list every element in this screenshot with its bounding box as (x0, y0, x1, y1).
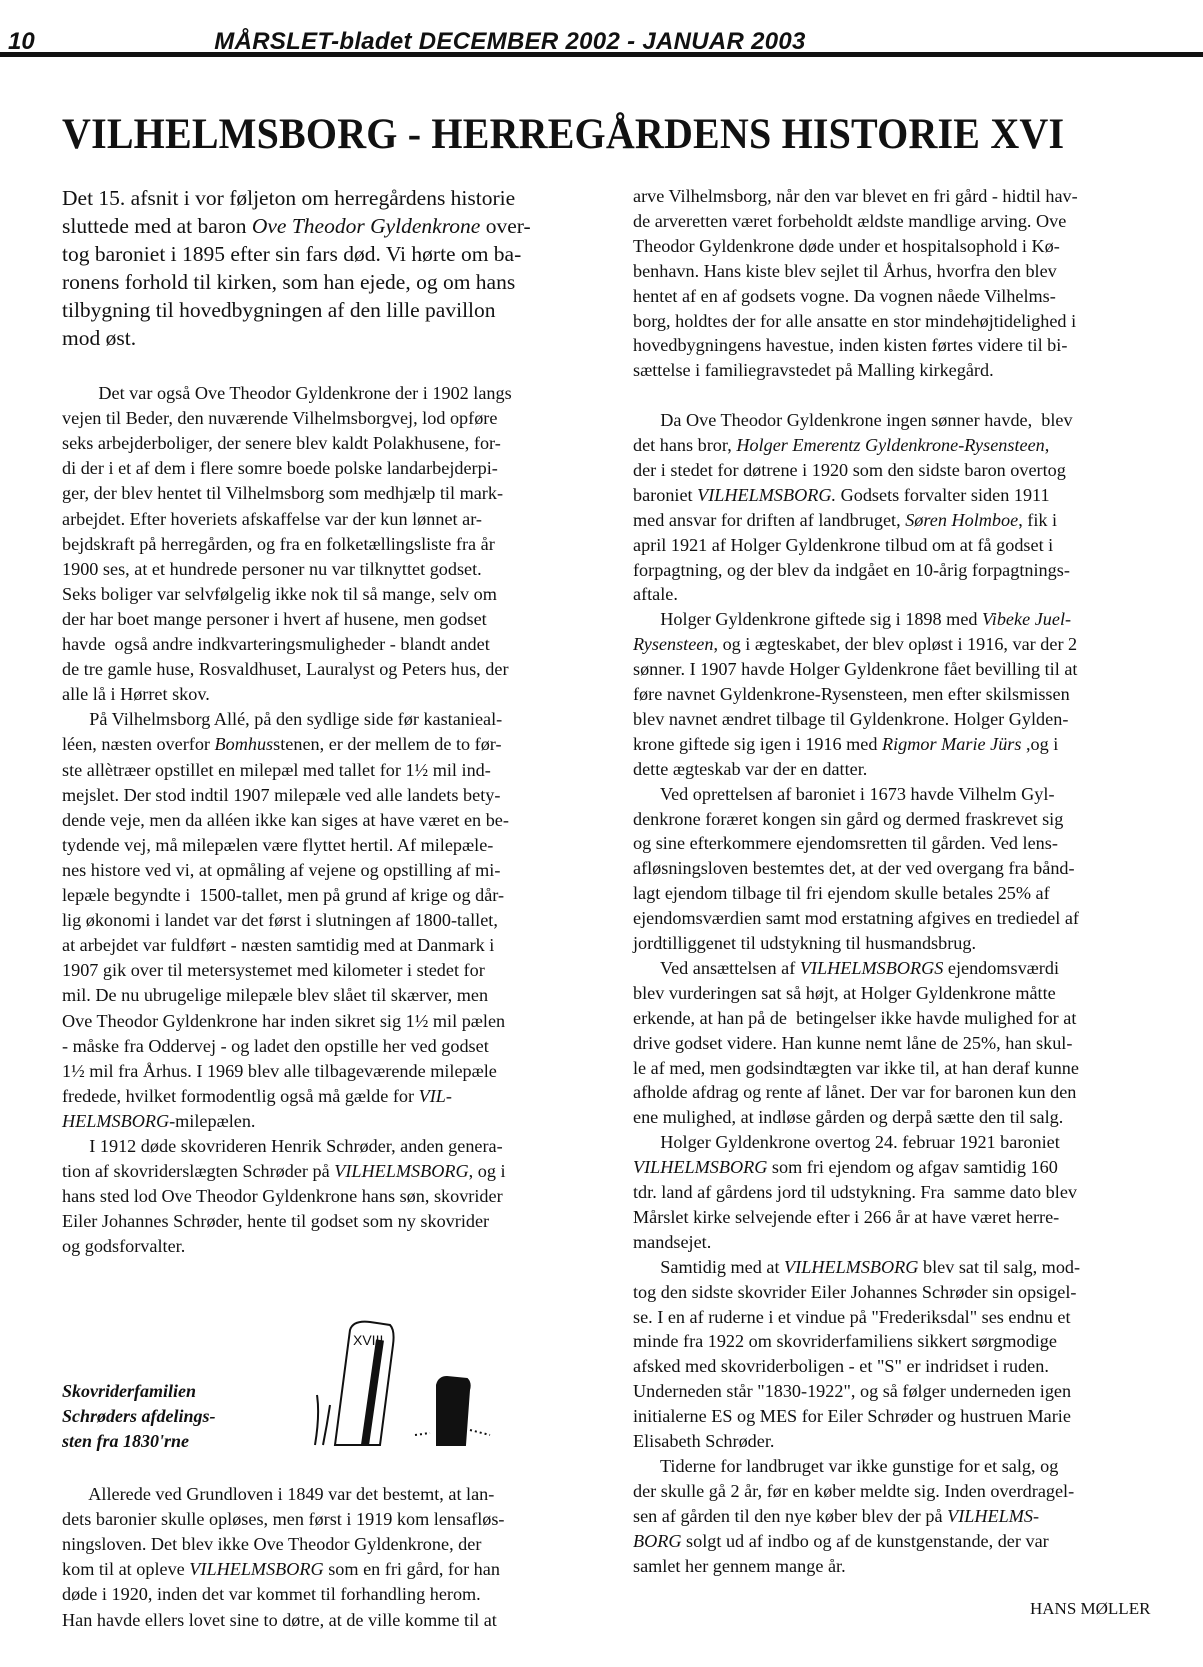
text-line: sønner. I 1907 havde Holger Gyldenkrone … (633, 659, 1077, 680)
text-line: Det var også Ove Theodor Gyldenkrone der… (62, 383, 512, 404)
text-line: arbejdet. Efter hoveriets afskaffelse va… (62, 509, 482, 530)
text-line: 1½ mil fra Århus. I 1969 blev alle tilba… (62, 1061, 497, 1082)
text-line: og godsforvalter. (62, 1236, 185, 1257)
text-line: lig økonomi i landet var det først i slu… (62, 910, 498, 931)
text-line: tion af skovriderslægten Schrøder på VIL… (62, 1161, 506, 1182)
text-line: ste allètræer opstillet en milepæl med t… (62, 760, 491, 781)
text-line: Underneden står "1830-1922", og så følge… (633, 1381, 1071, 1402)
text-line: ningsloven. Det blev ikke Ove Theodor Gy… (62, 1534, 481, 1555)
text-line: Holger Gyldenkrone giftede sig i 1898 me… (633, 609, 1071, 630)
text-line: På Vilhelmsborg Allé, på den sydlige sid… (62, 709, 502, 730)
text-line: le af med, men godsindtægten var ikke ti… (633, 1058, 1079, 1079)
text-line: dende veje, men da alléen ikke kan siges… (62, 810, 509, 831)
text-line: blev navnet ændret tilbage til Gyldenkro… (633, 709, 1068, 730)
text-line: føre navnet Gyldenkrone-Rysensteen, men … (633, 684, 1070, 705)
text-line: arve Vilhelmsborg, når den var blevet en… (633, 186, 1078, 207)
text-line: de arveretten været forbeholdt ældste ma… (633, 211, 1066, 232)
text-line: vejen til Beder, den nuværende Vilhelmsb… (62, 408, 497, 429)
text-line: forpagtning, og der blev da indgået en 1… (633, 560, 1070, 581)
italic-text: VILHELMSBORG (189, 1559, 323, 1579)
text-line: sluttede med at baron Ove Theodor Gylden… (62, 214, 531, 239)
text-line: Rysensteen, og i ægteskabet, der blev op… (633, 634, 1077, 655)
text-line: - måske fra Oddervej - og ladet den opst… (62, 1036, 489, 1057)
text-line: tdr. land af gårdens jord til udstykning… (633, 1182, 1077, 1203)
text-line: baroniet VILHELMSBORG. Godsets forvalter… (633, 485, 1050, 506)
italic-text: VIL- (419, 1086, 452, 1106)
text-line: blev vurderingen sat så højt, at Holger … (633, 983, 1056, 1004)
text-line: aftale. (633, 584, 678, 605)
italic-text: Vibeke Juel- (982, 609, 1071, 629)
text-line: Han havde ellers lovet sine to døtre, at… (62, 1610, 497, 1631)
article-title: VILHELMSBORG - HERREGÅRDENS HISTORIE XVI (62, 110, 1064, 159)
text-line: alle lå i Hørret skov. (62, 684, 210, 705)
text-line: I 1912 døde skovrideren Henrik Schrøder,… (62, 1136, 503, 1157)
italic-text: VILHELMSBORG (334, 1161, 468, 1181)
text-line: di der i et af dem i flere somre boede p… (62, 458, 498, 479)
text-line: se. I en af ruderne i et vindue på "Fred… (633, 1307, 1071, 1328)
text-line: det hans bror, Holger Emerentz Gyldenkro… (633, 435, 1049, 456)
text-line: ene mulighed, at indløse gården og derpå… (633, 1107, 1063, 1128)
italic-text: VILHELMSBORG. (697, 485, 836, 505)
text-line: Elisabeth Schrøder. (633, 1431, 774, 1452)
text-line: der i stedet for døtrene i 1920 som den … (633, 460, 1066, 481)
text-line: Holger Gyldenkrone overtog 24. februar 1… (633, 1132, 1060, 1153)
text-line: Det 15. afsnit i vor føljeton om herregå… (62, 186, 515, 211)
illustration-caption: SkovriderfamilienSchrøders afdelings-ste… (62, 1379, 216, 1454)
text-line: tog baroniet i 1895 efter sin fars død. … (62, 242, 521, 267)
text-line: dets baronier skulle opløses, men først … (62, 1509, 505, 1530)
text-line: mandsejet. (633, 1232, 711, 1253)
text-line: minde fra 1922 om skovriderfamiliens sik… (633, 1331, 1057, 1352)
text-line: mil. De nu ubrugelige milepæle blev slåe… (62, 985, 488, 1006)
text-line: lepæle begyndte i 1500-tallet, men på gr… (62, 885, 504, 906)
text-line: tog den sidste skovrider Eiler Johannes … (633, 1282, 1077, 1303)
text-line: Seks boliger var selvfølgelig ikke nok t… (62, 584, 497, 605)
text-line: hovedbygningens havestue, inden kisten f… (633, 335, 1067, 356)
text-line: mod øst. (62, 326, 136, 351)
text-line: dette ægteskab var der en datter. (633, 759, 867, 780)
italic-text: Søren Holmboe (905, 510, 1018, 530)
milestone-inscription: XVIII (353, 1332, 383, 1348)
text-line: Ved ansættelsen af VILHELMSBORGS ejendom… (633, 958, 1059, 979)
text-line: 1907 gik over til metersystemet med kilo… (62, 960, 485, 981)
page-header: 10 MÅRSLET-bladet DECEMBER 2002 - JANUAR… (0, 22, 1203, 52)
text-line: initialerne ES og MES for Eiler Schrøder… (633, 1406, 1071, 1427)
text-line: Ove Theodor Gyldenkrone har inden sikret… (62, 1011, 505, 1032)
text-line: der har boet mange personer i hvert af h… (62, 609, 487, 630)
text-line: mejslet. Der stod indtil 1907 milepæle v… (62, 785, 500, 806)
text-line: bejdskraft på herregården, og fra en fol… (62, 534, 495, 555)
text-line: borg, holdtes der for alle ansatte en st… (633, 311, 1076, 332)
text-line: at arbejdet var fuldført - næsten samtid… (62, 935, 494, 956)
text-line: 1900 ses, at et hundrede personer nu var… (62, 559, 482, 580)
text-line: sættelse i familiegravstedet på Malling … (633, 360, 994, 381)
italic-text: VILHELMSBORG (633, 1157, 767, 1177)
caption-line: sten fra 1830'rne (62, 1429, 216, 1454)
text-line: Mårslet kirke selvejende efter i 266 år … (633, 1207, 1059, 1228)
italic-text: BORG (633, 1531, 682, 1551)
text-line: BORG solgt ud af indbo og af de kunstgen… (633, 1531, 1049, 1552)
text-line: krone giftede sig igen i 1916 med Rigmor… (633, 734, 1058, 755)
text-line: léen, næsten overfor Bomhusstenen, er de… (62, 734, 502, 755)
text-line: fredede, hvilket formodentlig også må gæ… (62, 1086, 452, 1107)
italic-text: Rigmor Marie Jürs (882, 734, 1021, 754)
text-line: med ansvar for driften af landbruget, Sø… (633, 510, 1057, 531)
text-line: samlet her gennem mange år. (633, 1556, 846, 1577)
italic-text: VILHELMSBORG (784, 1257, 918, 1277)
text-line: drive godset videre. Han kunne nemt låne… (633, 1033, 1072, 1054)
text-line: tydende vej, må milepælen være flyttet h… (62, 835, 493, 856)
text-line: døde i 1920, inden det var kommet til fo… (62, 1584, 481, 1605)
text-line: Allerede ved Grundloven i 1849 var det b… (62, 1484, 494, 1505)
text-line: erkende, at han på de betingelser ikke h… (633, 1008, 1076, 1029)
text-line: hentet af en af godsets vogne. Da vognen… (633, 286, 1056, 307)
italic-text: Holger Emerentz Gyldenkrone-Rysensteen (736, 435, 1044, 455)
milestone-illustration: XVIII (295, 1295, 495, 1455)
italic-text: Rysensteen (633, 634, 713, 654)
italic-text: Ove Theodor Gyldenkrone (252, 214, 480, 238)
caption-line: Schrøders afdelings- (62, 1404, 216, 1429)
text-line: april 1921 af Holger Gyldenkrone tilbud … (633, 535, 1053, 556)
text-line: afholde afdrag og rente af lånet. Der va… (633, 1082, 1076, 1103)
italic-text: HELMSBORG (62, 1111, 169, 1131)
text-line: havde også andre indkvarteringsmulighede… (62, 634, 490, 655)
text-line: nes historе ved vi, at opmåling af vejen… (62, 860, 500, 881)
text-line: denkrone foræret kongen sin gård og derm… (633, 809, 1063, 830)
text-line: der skulle gå 2 år, før en køber meldte … (633, 1481, 1074, 1502)
text-line: seks arbejderboliger, der senere blev ka… (62, 433, 501, 454)
text-line: afløsningsloven bestemtes det, at der ve… (633, 858, 1075, 879)
text-line: sen af gården til den nye køber blev der… (633, 1506, 1039, 1527)
text-line: VILHELMSBORG som fri ejendom og afgav sa… (633, 1157, 1058, 1178)
text-line: ger, der blev hentet til Vilhelmsborg so… (62, 483, 503, 504)
text-line: ronens forhold til kirken, som han ejede… (62, 270, 515, 295)
text-line: Eiler Johannes Schrøder, hente til godse… (62, 1211, 489, 1232)
author-signature: HANS MØLLER (1030, 1599, 1150, 1619)
text-line: og sine efterkommere ejendomsretten til … (633, 833, 1058, 854)
text-line: Da Ove Theodor Gyldenkrone ingen sønner … (633, 410, 1073, 431)
italic-text: VILHELMS- (947, 1506, 1039, 1526)
text-line: Theodor Gyldenkrone døde under et hospit… (633, 236, 1060, 257)
text-line: ejendomsværdien samt mod erstatning afgi… (633, 908, 1079, 929)
text-line: Samtidig med at VILHELMSBORG blev sat ti… (633, 1257, 1080, 1278)
text-line: hans sted lod Ove Theodor Gyldenkrone ha… (62, 1186, 503, 1207)
text-line: Ved oprettelsen af baroniet i 1673 havde… (633, 784, 1055, 805)
text-line: jordtilliggenet til udstykning til husma… (633, 933, 976, 954)
text-line: tilbygning til hovedbygningen af den lil… (62, 298, 496, 323)
text-line: lagt ejendom tilbage til fri ejendom sku… (633, 883, 1050, 904)
italic-text: Bomhus (215, 734, 274, 754)
italic-text: VILHELMSBORGS (800, 958, 943, 978)
text-line: Tiderne for landbruget var ikke gunstige… (633, 1456, 1058, 1477)
caption-line: Skovriderfamilien (62, 1379, 216, 1404)
text-line: benhavn. Hans kiste blev sejlet til Århu… (633, 261, 1057, 282)
text-line: afsked med skovriderboligen - et "S" er … (633, 1356, 1049, 1377)
header-rule (0, 52, 1203, 57)
text-line: HELMSBORG-milepælen. (62, 1111, 255, 1132)
text-line: de tre gamle huse, Rosvaldhuset, Lauraly… (62, 659, 509, 680)
text-line: kom til at opleve VILHELMSBORG som en fr… (62, 1559, 500, 1580)
